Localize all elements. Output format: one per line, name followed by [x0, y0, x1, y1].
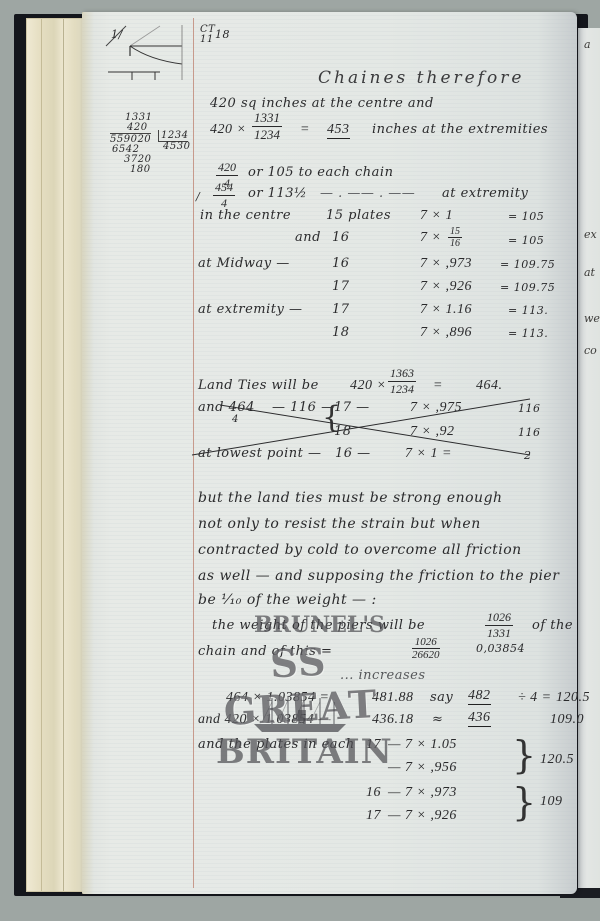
margin-quotient: 4530 [163, 141, 190, 152]
text-line: at extremity [442, 186, 528, 201]
text-line: or 113½ [248, 186, 307, 201]
page-ref: 11 [200, 34, 214, 45]
result-value: 453 [327, 122, 350, 139]
page-stack-edges [26, 18, 88, 892]
text-line: inches at the extremities [372, 122, 548, 137]
text-line: or 105 to each chain [248, 165, 393, 180]
next-page-edge: a ex at we co [578, 28, 600, 888]
margin-mark: 1/ [111, 28, 123, 41]
page-ref-number: 18 [215, 28, 230, 41]
next-page-fragment: we [584, 312, 600, 325]
fraction: 4544 [213, 180, 235, 211]
next-page-fragment: ex [584, 228, 597, 241]
margin-calc: 420 [127, 122, 148, 133]
text-line: 420 sq inches at the centre and [210, 96, 434, 111]
fraction: 13311234 [252, 110, 282, 143]
brace: } [512, 733, 536, 777]
next-page-fragment: co [584, 344, 597, 357]
strike-through-lines [190, 395, 540, 465]
brace: } [512, 780, 536, 824]
calc-prefix: 420 × [210, 122, 246, 138]
next-page-fragment: at [584, 266, 595, 279]
next-page-fragment: a [584, 38, 591, 51]
margin-calc: 180 [130, 164, 151, 175]
page-title: Chaines therefore [318, 68, 524, 88]
